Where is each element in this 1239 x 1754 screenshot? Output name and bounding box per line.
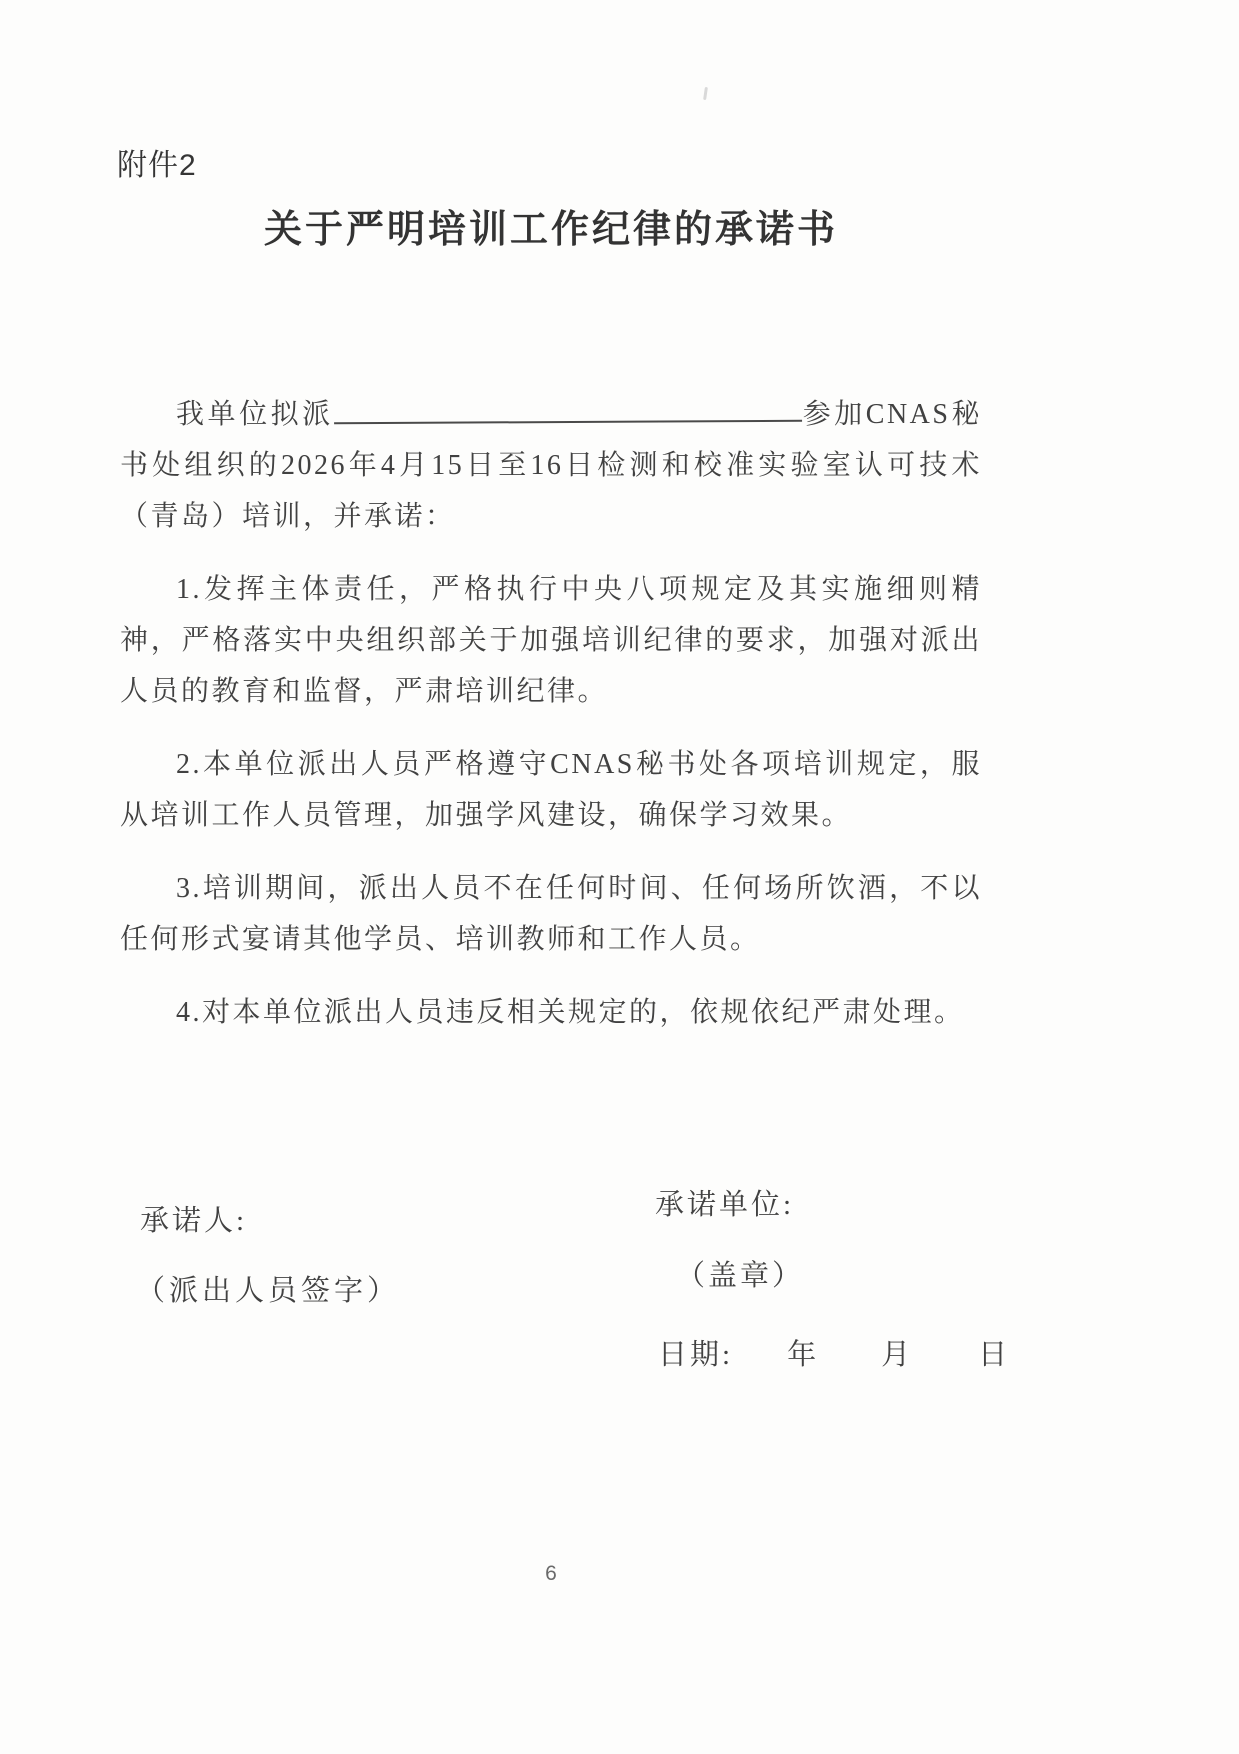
fill-in-blank-line	[334, 390, 802, 424]
scan-artifact	[703, 87, 708, 100]
page-title: 关于严明培训工作纪律的承诺书	[120, 198, 982, 253]
intro-prefix: 我单位拟派	[176, 399, 334, 430]
promiser-signature-note: （派出人员签字）	[136, 1268, 400, 1309]
document-page: 附件2 关于严明培训工作纪律的承诺书 我单位拟派参加CNAS秘书处组织的2026…	[0, 0, 1239, 1754]
date-month-label: 月	[881, 1339, 913, 1371]
intro-paragraph: 我单位拟派参加CNAS秘书处组织的2026年4月15日至16日检测和校准实验室认…	[120, 389, 982, 542]
unit-label: 承诺单位:	[655, 1182, 794, 1223]
date-line: 日期:年月日	[658, 1332, 1010, 1373]
page-number: 6	[120, 1562, 982, 1586]
commitment-item-4: 4.对本单位派出人员违反相关规定的，依规依纪严肃处理。	[120, 987, 982, 1038]
commitment-item-2: 2.本单位派出人员严格遵守CNAS秘书处各项培训规定，服从培训工作人员管理，加强…	[120, 739, 982, 841]
commitment-item-3: 3.培训期间，派出人员不在任何时间、任何场所饮酒，不以任何形式宴请其他学员、培训…	[120, 863, 982, 965]
document-body: 我单位拟派参加CNAS秘书处组织的2026年4月15日至16日检测和校准实验室认…	[120, 389, 982, 1038]
unit-seal-note: （盖章）	[676, 1253, 804, 1294]
date-year-label: 年	[787, 1339, 819, 1371]
commitment-item-1: 1.发挥主体责任，严格执行中央八项规定及其实施细则精神，严格落实中央组织部关于加…	[120, 564, 982, 717]
promiser-label: 承诺人:	[140, 1198, 247, 1239]
date-day-label: 日	[978, 1339, 1010, 1371]
date-label: 日期:	[658, 1339, 733, 1371]
attachment-label: 附件2	[117, 140, 197, 184]
